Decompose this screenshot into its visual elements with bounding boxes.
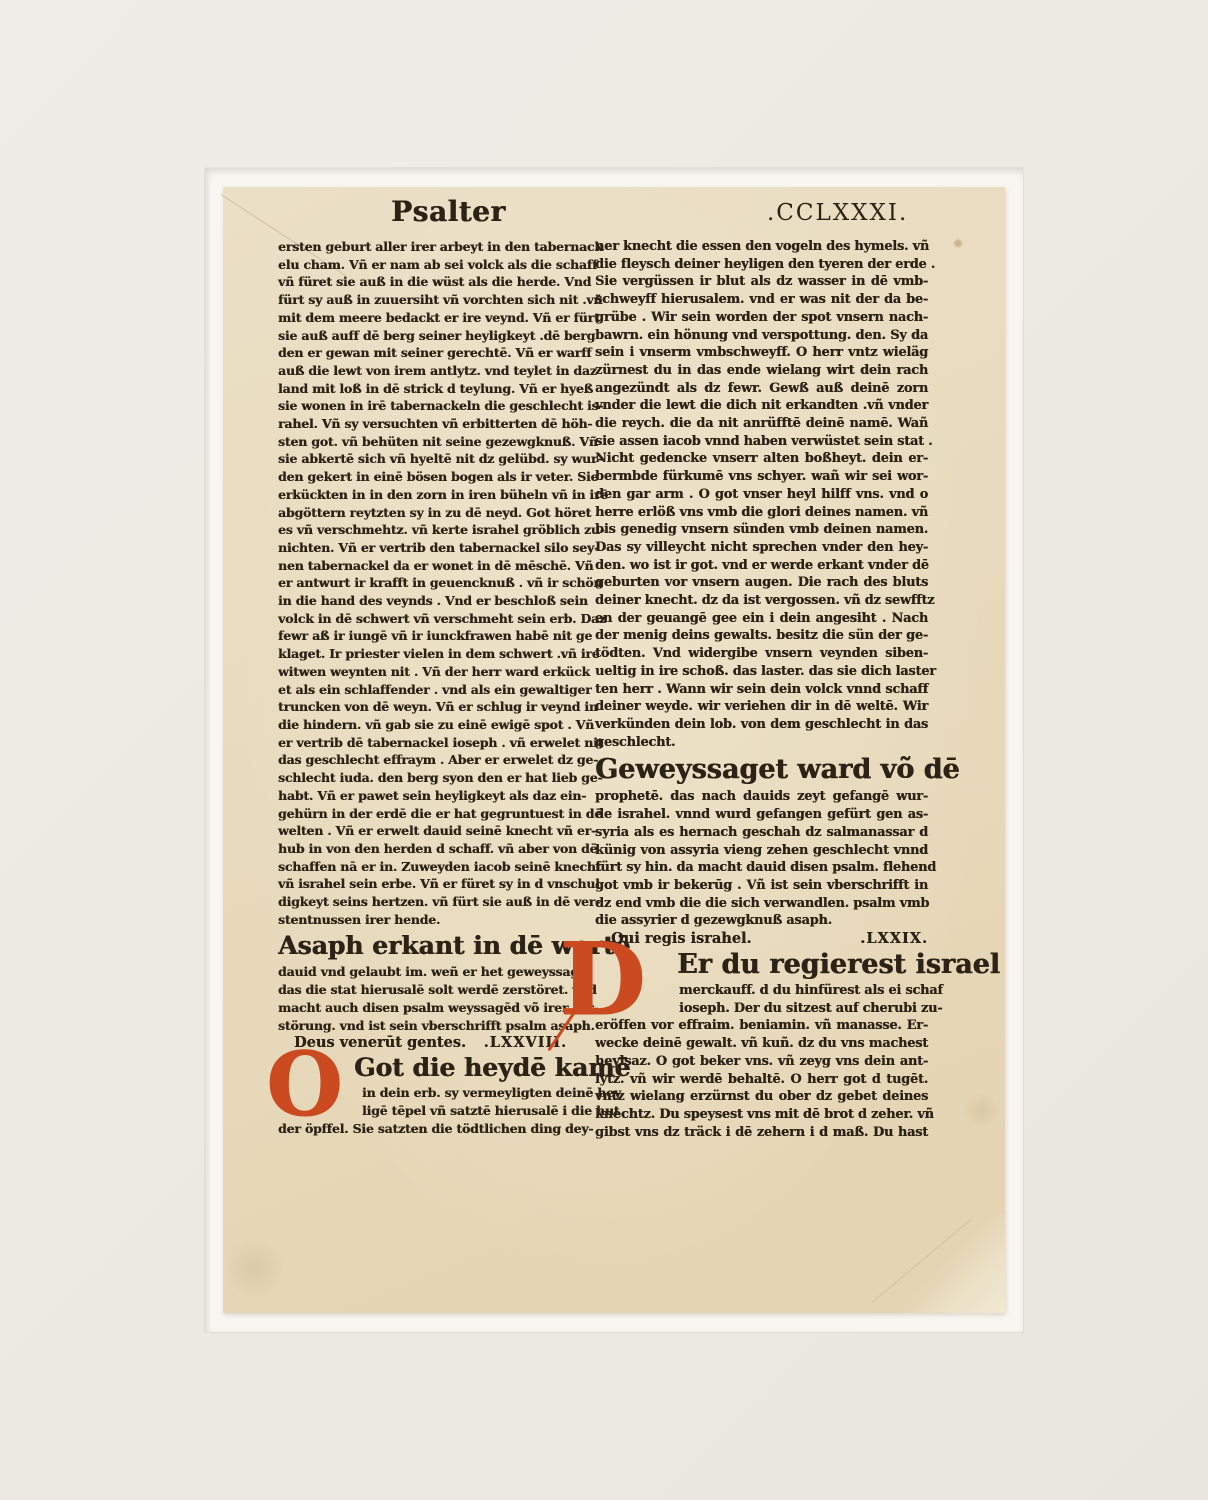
text-line: elu cham. Vñ er nam ab sei volck als die…: [278, 256, 567, 274]
text-line: Sie vergüssen ir blut als dz wasser in d…: [595, 273, 928, 291]
text-line: de israhel. vnnd wurd gefangen gefürt ge…: [595, 806, 928, 824]
text-line: auß die lewt von irem antlytz. vnd teyle…: [278, 362, 567, 380]
right-section-intro: prophetē. das nach dauids zeyt gefangē w…: [595, 788, 928, 912]
text-line: got vmb ir bekerūg . Vñ ist sein vbersch…: [595, 877, 928, 895]
text-line: volck in dē schwert vñ verschmeht sein e…: [278, 610, 567, 628]
text-line: deiner knecht. dz da ist vergossen. vñ d…: [595, 592, 928, 610]
text-line: vntz wielang erzürnst du ober dz gebet d…: [595, 1088, 928, 1106]
text-line: der menig deins gewalts. besitz die sün …: [595, 627, 928, 645]
text-line: erkückten in in den zorn in iren büheln …: [278, 486, 567, 504]
text-line: lytz. vñ wir werdē behaltē. O herr got d…: [595, 1071, 928, 1089]
text-line: nen tabernackel da er wonet in dē mēschē…: [278, 557, 567, 575]
text-line: vñ füret sie auß in die wüst als die her…: [278, 273, 567, 291]
text-line: Das sy villeycht nicht sprechen vnder de…: [595, 539, 928, 557]
text-line: en der geuangē gee ein i dein angesiht .…: [595, 610, 928, 628]
right-text-column: ner knecht die essen den vogeln des hyme…: [595, 238, 928, 1141]
text-line: sein i vnserm vmbschweyff. O herr vntz w…: [595, 344, 928, 362]
text-line: syria als es hernach geschah dz salmanas…: [595, 824, 928, 842]
text-line: ner knecht die essen den vogeln des hyme…: [595, 238, 928, 256]
text-line: den gar arm . O got vnser heyl hilff vns…: [595, 486, 928, 504]
text-line: et als ein schlaffender . vnd als ein ge…: [278, 681, 567, 699]
text-line: sten got. vñ behüten nit seine gezewgknu…: [278, 433, 567, 451]
text-line: fewr aß ir iungē vñ ir iunckfrawen habē …: [278, 627, 567, 645]
corner-fold-bottom-right: [887, 1213, 1005, 1313]
text-line: witwen weynten nit . Vñ der herr ward er…: [278, 663, 567, 681]
text-line: ten herr . Wann wir sein dein volck vnnd…: [595, 681, 928, 699]
text-line: nichten. Vñ er vertrib den tabernackel s…: [278, 539, 567, 557]
psalm-opening-right: D Er du regierest israel merckauff. d du…: [595, 948, 928, 1141]
text-line: grübe . Wir sein worden der spot vnsern …: [595, 309, 928, 327]
text-line: bermbde fürkumē vns schyer. wañ wir sei …: [595, 468, 928, 486]
text-line: schlecht iuda. den berg syon den er hat …: [278, 769, 567, 787]
running-title: Psalter: [391, 195, 506, 228]
text-line: heylsaz. O got beker vns. vñ zeyg vns de…: [595, 1053, 928, 1071]
text-line: abgöttern reytzten sy in zu dē neyd. Got…: [278, 504, 567, 522]
text-line: stentnussen irer hende.: [278, 911, 567, 929]
text-line: Nicht gedencke vnserr alten boßheyt. dei…: [595, 450, 928, 468]
text-line: fürt sy auß in zuuersiht vñ vorchten sic…: [278, 291, 567, 309]
text-line: in die hand des veynds . Vnd er beschloß…: [278, 592, 567, 610]
text-line: den gekert in einē bösen bogen als ir ve…: [278, 468, 567, 486]
left-text-column: ersten geburt aller irer arbeyt in den t…: [278, 238, 567, 1137]
text-line: habt. Vñ er pawet sein heyligkeyt als da…: [278, 787, 567, 805]
text-line: sie assen iacob vnnd haben verwüstet sei…: [595, 433, 928, 451]
text-line: den. wo ist ir got. vnd er werde erkant …: [595, 557, 928, 575]
text-line: die hindern. vñ gab sie zu einē ewigē sp…: [278, 716, 567, 734]
mat-window: Psalter .CCLXXXI. ersten geburt aller ir…: [205, 168, 1023, 1332]
text-line: sie wonen in irē tabernackeln die geschl…: [278, 397, 567, 415]
left-body-text: ersten geburt aller irer arbeyt in den t…: [278, 238, 567, 911]
text-line: dauid vnd gelaubt im. weñ er het geweyss…: [278, 963, 567, 981]
text-line: rahel. Vñ sy versuchten vñ erbitterten d…: [278, 415, 567, 433]
text-line: die reych. die da nit anrüfftē deinē nam…: [595, 415, 928, 433]
text-line: er vertrib dē tabernackel ioseph . vñ er…: [278, 734, 567, 752]
text-line: herre erlöß vns vmb die glori deines nam…: [595, 504, 928, 522]
text-line: bawrn. ein hönung vnd verspottung. den. …: [595, 327, 928, 345]
incunable-page: Psalter .CCLXXXI. ersten geburt aller ir…: [223, 187, 1005, 1313]
text-line: das die stat hierusalē solt werdē zerstö…: [278, 981, 567, 999]
folio-number: .CCLXXXI.: [767, 200, 908, 226]
text-line: künig von assyria vieng zehen geschlecht…: [595, 842, 928, 860]
text-line: gibst vns dz träck i dē zehern i d maß. …: [595, 1124, 928, 1142]
text-line: deiner weyde. wir veriehen dir in dē wel…: [595, 698, 928, 716]
text-line: sie abkertē sich vñ hyeltē nit dz gelübd…: [278, 450, 567, 468]
rubricated-initial-d: D: [559, 938, 646, 1020]
text-line: prophetē. das nach dauids zeyt gefangē w…: [595, 788, 928, 806]
text-line: land mit loß in dē strick d teylung. Vñ …: [278, 380, 567, 398]
section-heading-geweyssaget: Geweyssaget ward võ dē: [595, 752, 928, 788]
text-line: er antwurt ir krafft in geuencknuß . vñ …: [278, 574, 567, 592]
text-line: sie auß auff dē berg seiner heyligkeyt .…: [278, 327, 567, 345]
text-line: vñ israhel sein erbe. Vñ er füret sy in …: [278, 875, 567, 893]
text-line: schweyff hierusalem. vnd er was nit der …: [595, 291, 928, 309]
text-line: zürnest du in das ende wielang wirt dein…: [595, 362, 928, 380]
text-line: fürt sy hin. da macht dauid disen psalm.…: [595, 859, 928, 877]
right-body-text: ner knecht die essen den vogeln des hyme…: [595, 238, 928, 734]
psalm-number: .LXXIX.: [860, 930, 928, 948]
text-line: tödten. Vnd widergibe vnsern veynden sib…: [595, 645, 928, 663]
rubricated-initial-o: O: [266, 1048, 343, 1120]
left-section-intro: dauid vnd gelaubt im. weñ er het geweyss…: [278, 963, 567, 1034]
text-line: das geschlecht effraym . Aber er erwelet…: [278, 751, 567, 769]
text-line: macht auch disen psalm weyssagēd võ irer…: [278, 999, 567, 1017]
text-line: ersten geburt aller irer arbeyt in den t…: [278, 238, 567, 256]
text-line: geschlecht.: [595, 734, 928, 752]
psalm-opening-left: O Got die heydē kamē in dein erb. sy ver…: [278, 1052, 567, 1137]
text-line: geburten vor vnsern augen. Die rach des …: [595, 574, 928, 592]
text-line: den er gewan mit seiner gerechtē. Vñ er …: [278, 344, 567, 362]
mat-board: Psalter .CCLXXXI. ersten geburt aller ir…: [0, 0, 1208, 1500]
text-line: mit dem meere bedackt er ire veynd. Vñ e…: [278, 309, 567, 327]
text-line: truncken von dē weyn. Vñ er schlug ir ve…: [278, 698, 567, 716]
text-line: welten . Vñ er erwelt dauid seinē knecht…: [278, 822, 567, 840]
text-line: knechtz. Du speysest vns mit dē brot d z…: [595, 1106, 928, 1124]
text-line: schaffen nā er in. Zuweyden iacob seinē …: [278, 858, 567, 876]
text-line: verkünden dein lob. von dem geschlecht i…: [595, 716, 928, 734]
text-line: angezündt als dz fewr. Gewß auß deinē zo…: [595, 380, 928, 398]
text-line: ueltig in ire schoß. das laster. das sie…: [595, 663, 928, 681]
text-line: gehürn in der erdē die er hat gegruntues…: [278, 805, 567, 823]
text-line: bis genedig vnsern sünden vmb deinen nam…: [595, 521, 928, 539]
text-line: es vñ verschmehtz. vñ kerte israhel gröb…: [278, 521, 567, 539]
text-line: dz end vmb die die sich verwandlen. psal…: [595, 895, 928, 913]
text-line: vnder die lewt die dich nit erkandten .v…: [595, 397, 928, 415]
text-line: klaget. Ir priester vielen in dem schwer…: [278, 645, 567, 663]
text-line: die fleysch deiner heyligen den tyeren d…: [595, 256, 928, 274]
text-line: hub in von den herden d schaff. vñ aber …: [278, 840, 567, 858]
text-line: digkeyt seins hertzen. vñ fürt sie auß i…: [278, 893, 567, 911]
section-heading-asaph: Asaph erkant in dē wortē: [278, 929, 567, 963]
